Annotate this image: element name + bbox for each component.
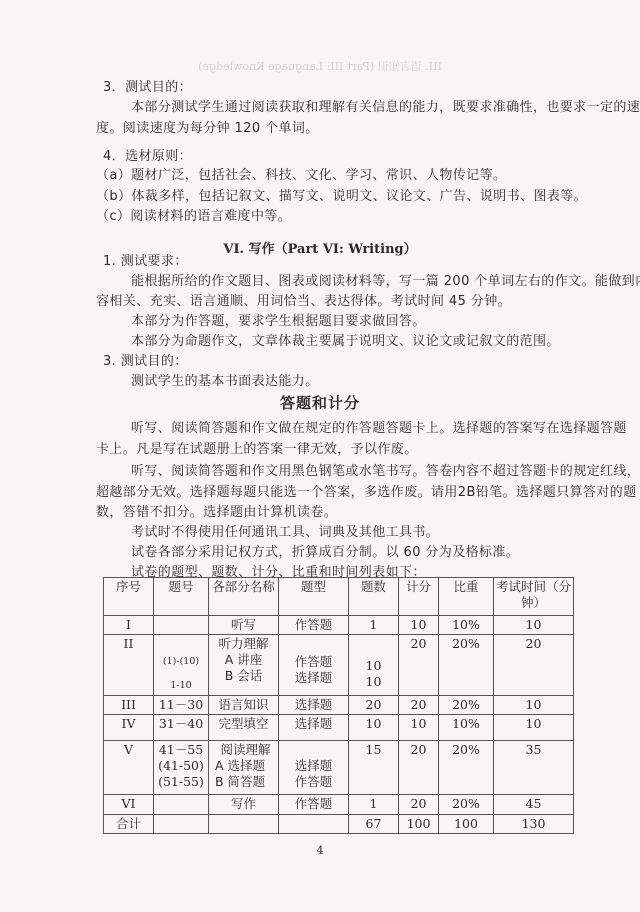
writing-req-text-2: 容相关、充实、语言通顺、用词恰当、表达得体。考试时间 45 分钟。 xyxy=(0,293,640,311)
scoring-para2-line1: 听写、阅读简答题和作文用黑色钢笔或水笔书写。答卷内容不超过答题卡的规定红线， xyxy=(0,463,640,481)
writing-purpose-heading: 3. 测试目的： xyxy=(0,353,640,371)
scoring-para1-line1: 听写、阅读简答题和作文做在规定的作答题答题卡上。选择题的答案写在选择题答题 xyxy=(0,420,640,438)
col-header-items: 题号 xyxy=(154,578,209,616)
scoring-para1-line2: 卡上。凡是写在试题册上的答案一律无效，予以作废。 xyxy=(0,441,640,459)
reading-purpose-text-2: 度。阅读速度为每分钟 120 个单词。 xyxy=(0,120,640,138)
table-header-row: 序号 题号 各部分名称 题型 题数 计分 比重 考试时间（分钟） xyxy=(104,578,574,616)
table-row: VI 写作 作答题 1 20 20% 45 xyxy=(104,795,574,815)
reading-purpose-heading: 3．测试目的： xyxy=(0,79,640,97)
writing-req-heading: 1. 测试要求： xyxy=(0,253,640,271)
scoring-para3: 考试时不得使用任何通讯工具、词典及其他工具书。 xyxy=(0,524,640,542)
table-row: I 听写 作答题 1 10 10% 10 xyxy=(104,616,574,635)
selection-item-b: （b）体裁多样，包括记叙文、描写文、说明文、议论文、广告、说明书、图表等。 xyxy=(0,188,640,206)
document-page: III. 语言知识 (Part III: Language Knowledge)… xyxy=(0,0,640,912)
table-row: IV 31－40 完型填空 选择题 10 10 10% 10 xyxy=(104,715,574,741)
total-label: 合计 xyxy=(104,815,154,834)
col-header-type: 题型 xyxy=(279,578,349,616)
writing-req-text-3: 本部分为作答题，要求学生根据题目要求做回答。 xyxy=(0,313,640,331)
bleed-through-header: III. 语言知识 (Part III: Language Knowledge) xyxy=(0,58,640,74)
reading-purpose-text-1: 本部分测试学生通过阅读获取和理解有关信息的能力，既要求准确性，也要求一定的速 xyxy=(0,99,640,117)
table-total-row: 合计 67 100 100 130 xyxy=(104,815,574,834)
col-header-score: 计分 xyxy=(399,578,439,616)
selection-item-c: （c）阅读材料的语言难度中等。 xyxy=(0,208,640,226)
col-header-count: 题数 xyxy=(349,578,399,616)
table-row: III 11－30 语言知识 选择题 20 20 20% 10 xyxy=(104,696,574,715)
writing-req-text-4: 本部分为命题作文，文章体裁主要属于说明文、议论文或记叙文的范围。 xyxy=(0,333,640,351)
col-header-no: 序号 xyxy=(104,578,154,616)
col-header-name: 各部分名称 xyxy=(209,578,279,616)
scoring-para2-line2: 超越部分无效。选择题每题只能选一个答案，多选作废。请用2B铅笔。选择题只算答对的… xyxy=(0,484,640,502)
table-row: V 41－55 (41-50) (51-55) 阅读理解 A 选择题 B 简答题… xyxy=(104,741,574,795)
scoring-para2-line3: 数，答错不扣分。选择题由计算机读卷。 xyxy=(0,504,640,522)
writing-purpose-text: 测试学生的基本书面表达能力。 xyxy=(0,373,640,391)
writing-req-text-1: 能根据所给的作文题目、图表或阅读材料等，写一篇 200 个单词左右的作文。能做到… xyxy=(0,273,640,291)
scoring-para4: 试卷各部分采用记权方式，折算成百分制。以 60 分为及格标准。 xyxy=(0,544,640,562)
scoring-title: 答题和计分 xyxy=(0,392,640,413)
exam-schedule-table: 序号 题号 各部分名称 题型 题数 计分 比重 考试时间（分钟） I 听写 作答… xyxy=(103,577,574,834)
table-row: II (1)-(10) 1-10 听力理解 A 讲座 B 会话 作答题 选择题 … xyxy=(104,635,574,696)
col-header-weight: 比重 xyxy=(439,578,494,616)
selection-item-a: （a）题材广泛，包括社会、科技、文化、学习、常识、人物传记等。 xyxy=(0,167,640,185)
page-number: 4 xyxy=(0,844,640,857)
selection-heading: 4．选材原则： xyxy=(0,148,640,166)
col-header-time: 考试时间（分钟） xyxy=(494,578,574,616)
